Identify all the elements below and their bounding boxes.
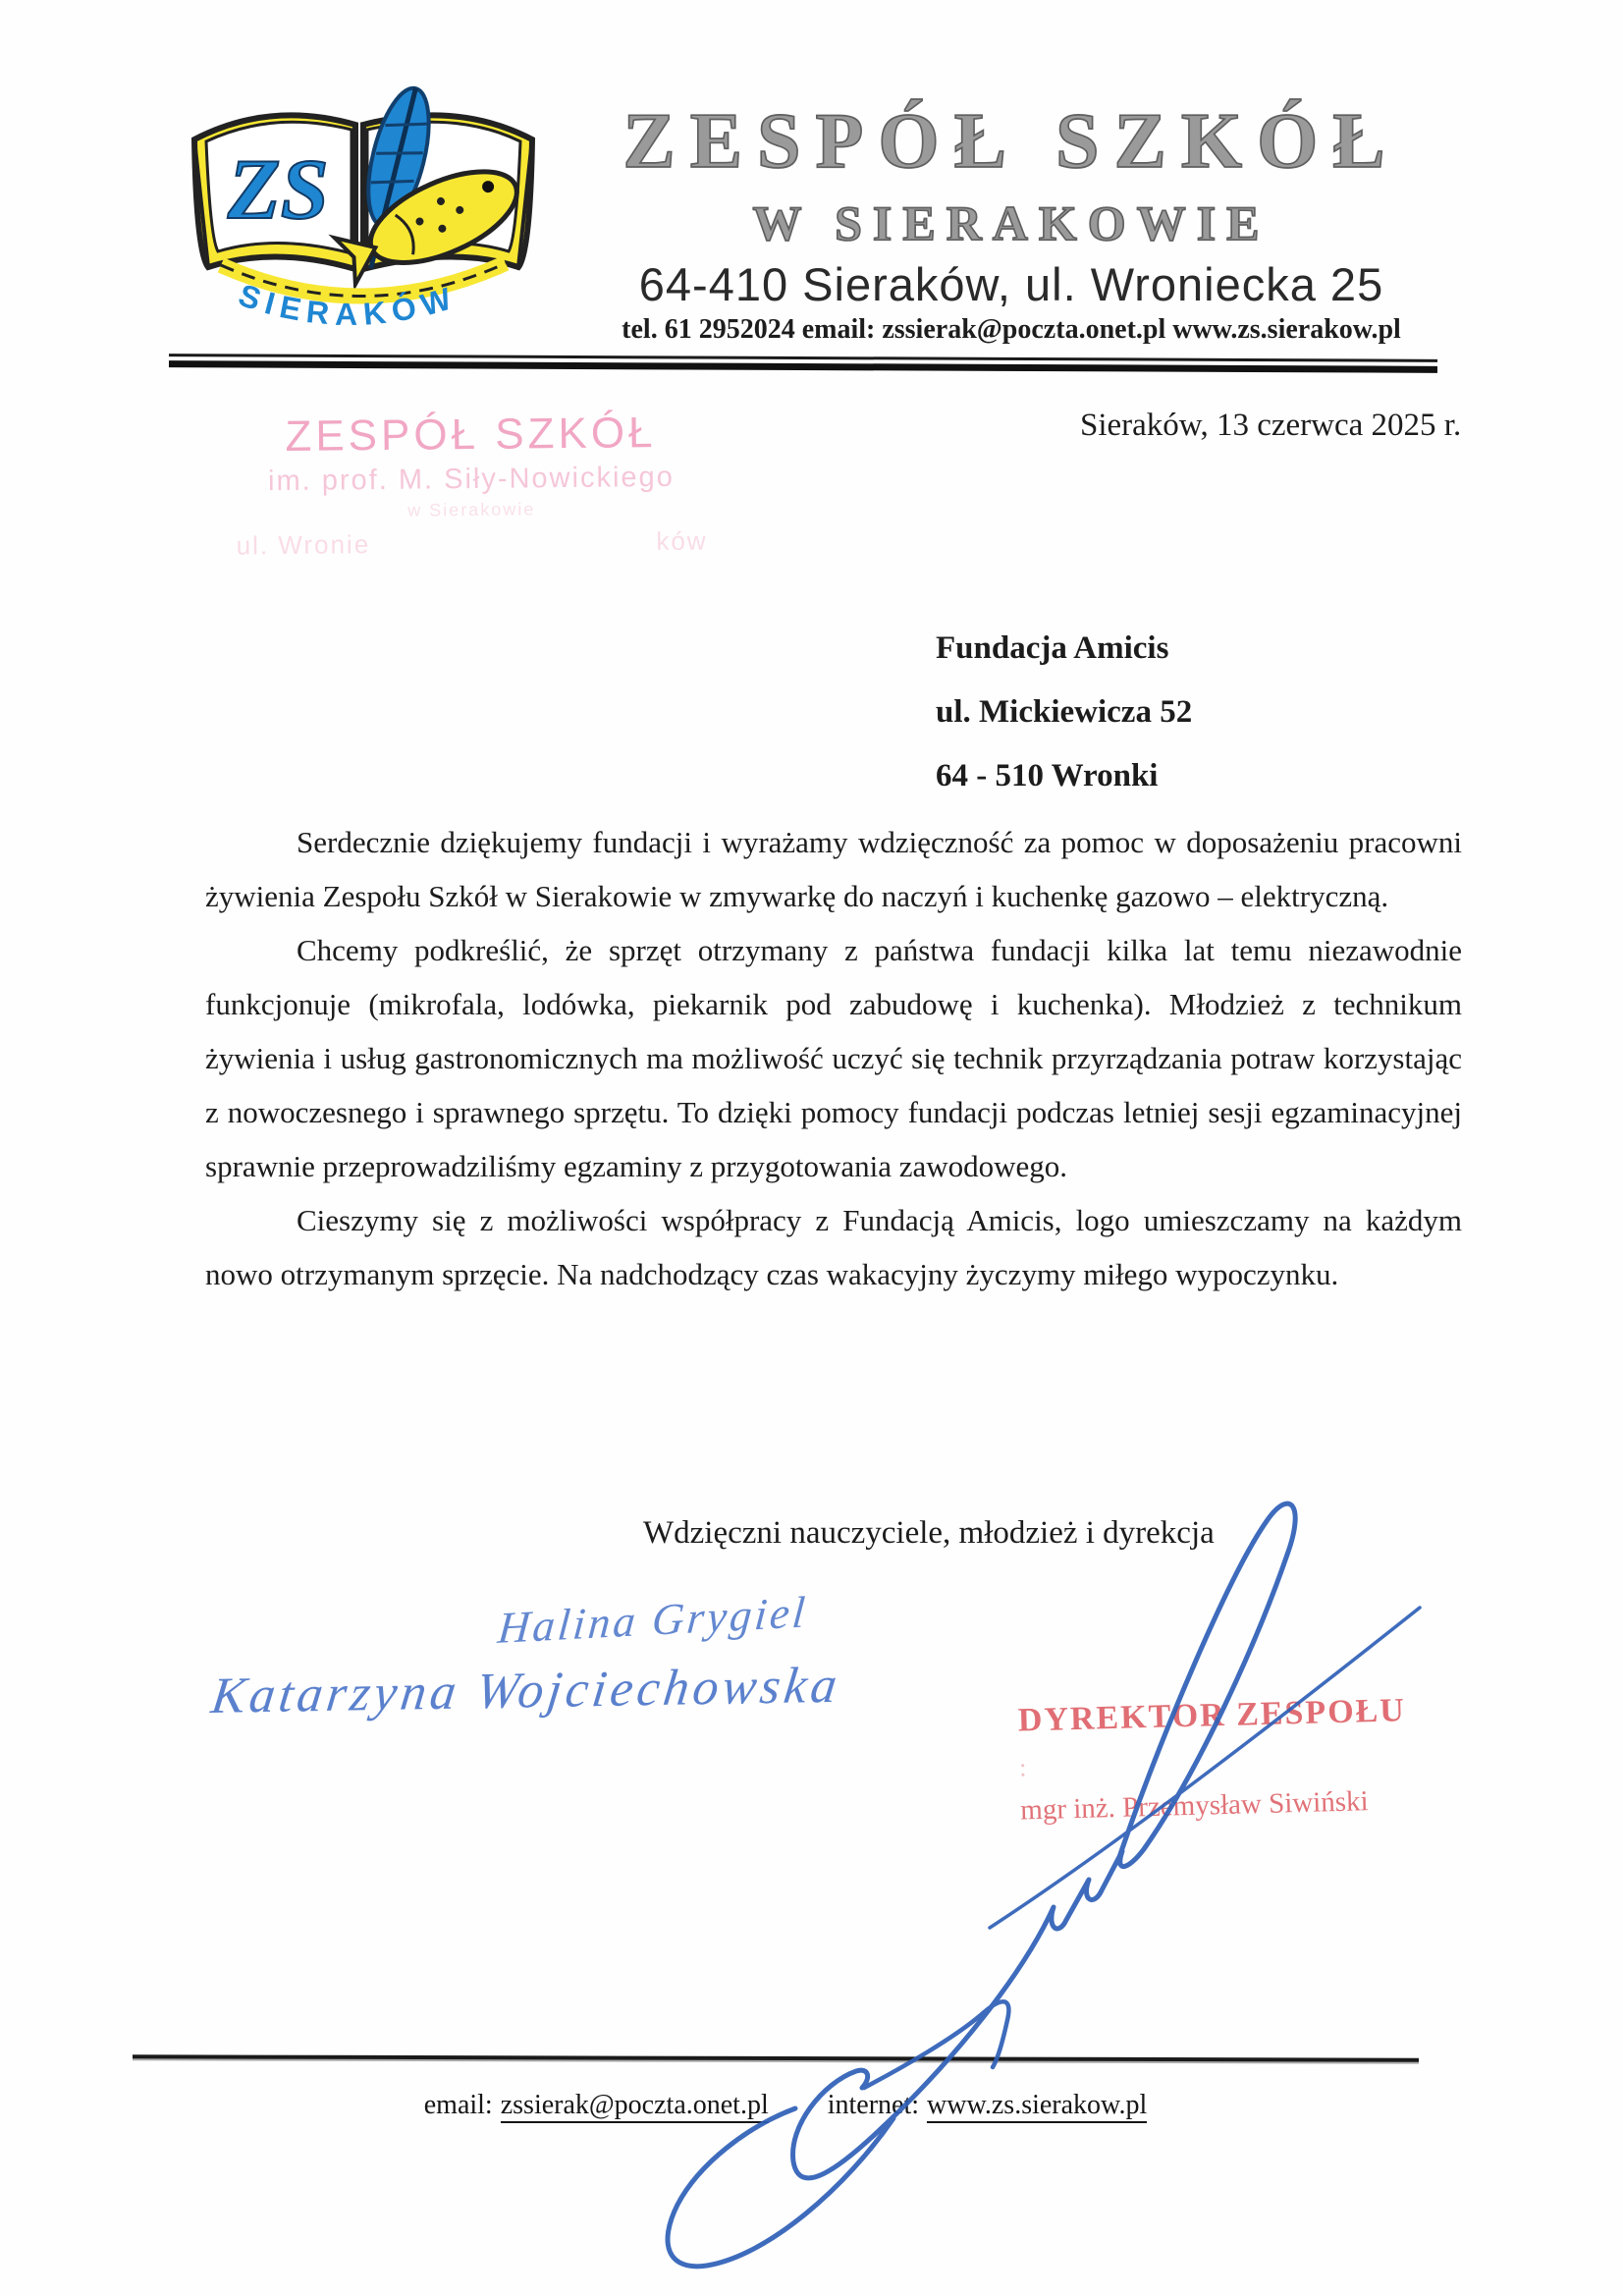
- stamp-street: ul. Wronie ków: [236, 525, 707, 561]
- stamp-town: w Sierakowie: [236, 497, 707, 522]
- paragraph-3: Cieszymy się z możliwości współpracy z F…: [205, 1193, 1462, 1301]
- scanned-letter-page: ZS SIERAKÓW ZESPÓŁ SZKÓŁ W SIERAKOWIE 64…: [0, 0, 1623, 2296]
- footer-internet-value: www.zs.sierakow.pl: [927, 2090, 1147, 2123]
- footer-divider: [133, 2054, 1419, 2061]
- director-ink-stamp: DYREKTOR ZESPOŁU mgr inż. Przemysław Siw…: [1017, 1692, 1433, 1828]
- letterhead: ZESPÓŁ SZKÓŁ W SIERAKOWIE 64-410 Sierakó…: [530, 90, 1492, 348]
- school-contact: tel. 61 2952024 email: zssierak@poczta.o…: [530, 312, 1492, 348]
- closing-line: Wdzięczni nauczyciele, młodzież i dyrekc…: [643, 1515, 1215, 1552]
- stamp-patron: im. prof. M. Siły-Nowickiego: [236, 461, 707, 498]
- paragraph-2: Chcemy podkreślić, że sprzęt otrzymany z…: [205, 923, 1462, 1193]
- stamp-street-left: ul. Wronie: [236, 529, 370, 561]
- footer-email-label: email:: [424, 2090, 493, 2120]
- recipient-name: Fundacja Amicis: [936, 617, 1192, 681]
- footer-contacts: email:zssierak@poczta.onet.plinternet:ww…: [196, 2090, 1375, 2121]
- letter-body: Serdecznie dziękujemy fundacji i wyrażam…: [205, 815, 1462, 1301]
- recipient-city: 64 - 510 Wronki: [936, 744, 1192, 808]
- stamp-street-right: ków: [656, 525, 708, 557]
- recipient-address: Fundacja Amicis ul. Mickiewicza 52 64 - …: [936, 617, 1192, 808]
- footer-internet-label: internet:: [828, 2090, 919, 2120]
- school-address: 64-410 Sieraków, ul. Wroniecka 25: [530, 257, 1492, 312]
- school-ink-stamp: ZESPÓŁ SZKÓŁ im. prof. M. Siły-Nowickieg…: [235, 408, 708, 561]
- school-logo: ZS SIERAKÓW: [167, 71, 560, 336]
- handwritten-signature-1: Halina Grygiel: [496, 1586, 810, 1654]
- director-stamp-faded-line: [1019, 1743, 1433, 1787]
- school-location-title: W SIERAKOWIE: [530, 192, 1492, 253]
- school-name-title: ZESPÓŁ SZKÓŁ: [530, 90, 1492, 192]
- header-divider: [169, 354, 1437, 373]
- stamp-school-name: ZESPÓŁ SZKÓŁ: [235, 408, 706, 462]
- logo-initials: ZS: [227, 142, 329, 238]
- director-stamp-name: mgr inż. Przemysław Siwiński: [1020, 1783, 1434, 1827]
- footer-email-value: zssierak@poczta.onet.pl: [501, 2090, 769, 2123]
- director-stamp-title: DYREKTOR ZESPOŁU: [1017, 1692, 1431, 1740]
- paragraph-1: Serdecznie dziękujemy fundacji i wyrażam…: [205, 815, 1462, 923]
- handwritten-signature-2: Katarzyna Wojciechowska: [208, 1657, 844, 1725]
- recipient-street: ul. Mickiewicza 52: [936, 681, 1192, 744]
- dateline: Sieraków, 13 czerwca 2025 r.: [1080, 408, 1461, 444]
